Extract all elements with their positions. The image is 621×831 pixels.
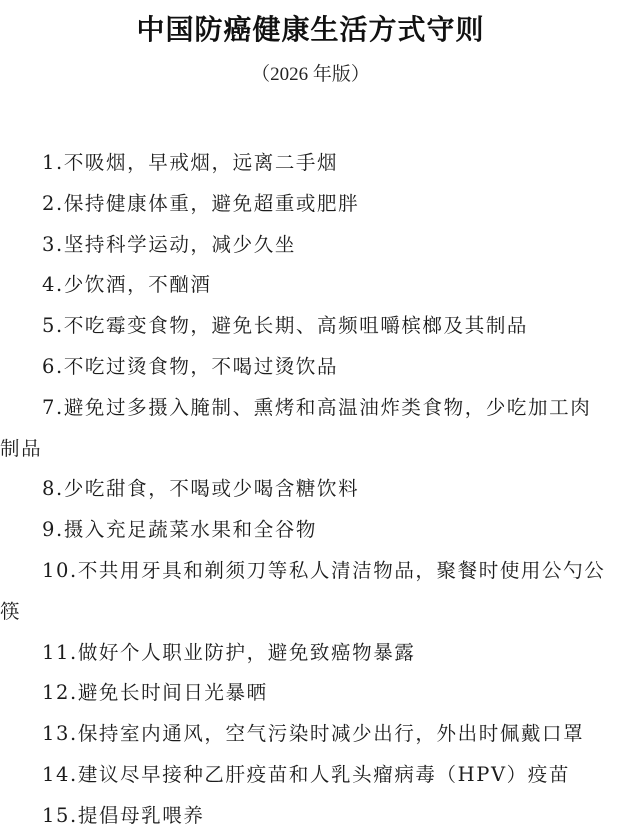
guideline-item-2: 2.保持健康体重，避免超重或肥胖 [0,184,608,225]
item-number: 1. [42,151,64,174]
guideline-item-12: 12.避免长时间日光暴晒 [0,673,608,714]
item-number: 6. [42,355,64,378]
item-number: 2. [42,192,64,215]
item-number: 13. [42,722,78,745]
item-text: 不共用牙具和剃须刀等私人清洁物品，聚餐时使用公勺公筷 [0,559,605,623]
item-number: 7. [42,396,64,419]
item-number: 3. [42,233,64,256]
item-number: 4. [42,273,64,296]
guideline-item-3: 3.坚持科学运动，减少久坐 [0,225,608,266]
item-number: 5. [42,314,64,337]
item-text: 保持健康体重，避免超重或肥胖 [64,192,359,215]
item-text: 摄入充足蔬菜水果和全谷物 [64,518,317,541]
guideline-item-10: 10.不共用牙具和剃须刀等私人清洁物品，聚餐时使用公勺公筷 [0,551,608,633]
item-number: 12. [42,681,78,704]
item-text: 避免过多摄入腌制、熏烤和高温油炸类食物，少吃加工肉制品 [0,396,591,460]
guideline-list: 1.不吸烟，早戒烟，远离二手烟 2.保持健康体重，避免超重或肥胖 3.坚持科学运… [0,143,621,831]
guideline-item-13: 13.保持室内通风，空气污染时减少出行，外出时佩戴口罩 [0,714,608,755]
item-text: 坚持科学运动，减少久坐 [64,233,296,256]
guideline-item-4: 4.少饮酒，不酗酒 [0,265,608,306]
guideline-item-9: 9.摄入充足蔬菜水果和全谷物 [0,510,608,551]
guideline-item-14: 14.建议尽早接种乙肝疫苗和人乳头瘤病毒（HPV）疫苗 [0,755,608,796]
item-text: 避免长时间日光暴晒 [78,681,268,704]
guideline-item-6: 6.不吃过烫食物，不喝过烫饮品 [0,347,608,388]
item-number: 11. [42,641,78,664]
item-text: 提倡母乳喂养 [78,804,205,827]
item-number: 9. [42,518,64,541]
document-subtitle: （2026 年版） [0,62,621,88]
item-text: 保持室内通风，空气污染时减少出行，外出时佩戴口罩 [78,722,584,745]
guideline-item-7: 7.避免过多摄入腌制、熏烤和高温油炸类食物，少吃加工肉制品 [0,388,608,470]
item-text: 不吃过烫食物，不喝过烫饮品 [64,355,338,378]
item-text: 少吃甜食，不喝或少喝含糖饮料 [64,477,359,500]
item-text: 少饮酒，不酗酒 [64,273,212,296]
document-title: 中国防癌健康生活方式守则 [0,12,621,48]
guideline-item-11: 11.做好个人职业防护，避免致癌物暴露 [0,633,608,674]
item-number: 15. [42,804,78,827]
item-text: 做好个人职业防护，避免致癌物暴露 [78,641,416,664]
guideline-item-5: 5.不吃霉变食物，避免长期、高频咀嚼槟榔及其制品 [0,306,608,347]
item-text: 不吃霉变食物，避免长期、高频咀嚼槟榔及其制品 [64,314,528,337]
item-number: 8. [42,477,64,500]
item-text: 建议尽早接种乙肝疫苗和人乳头瘤病毒（HPV）疫苗 [78,763,570,786]
guideline-item-1: 1.不吸烟，早戒烟，远离二手烟 [0,143,608,184]
item-number: 10. [42,559,78,582]
item-text: 不吸烟，早戒烟，远离二手烟 [64,151,338,174]
guideline-item-15: 15.提倡母乳喂养 [0,796,608,831]
item-number: 14. [42,763,78,786]
guideline-item-8: 8.少吃甜食，不喝或少喝含糖饮料 [0,469,608,510]
